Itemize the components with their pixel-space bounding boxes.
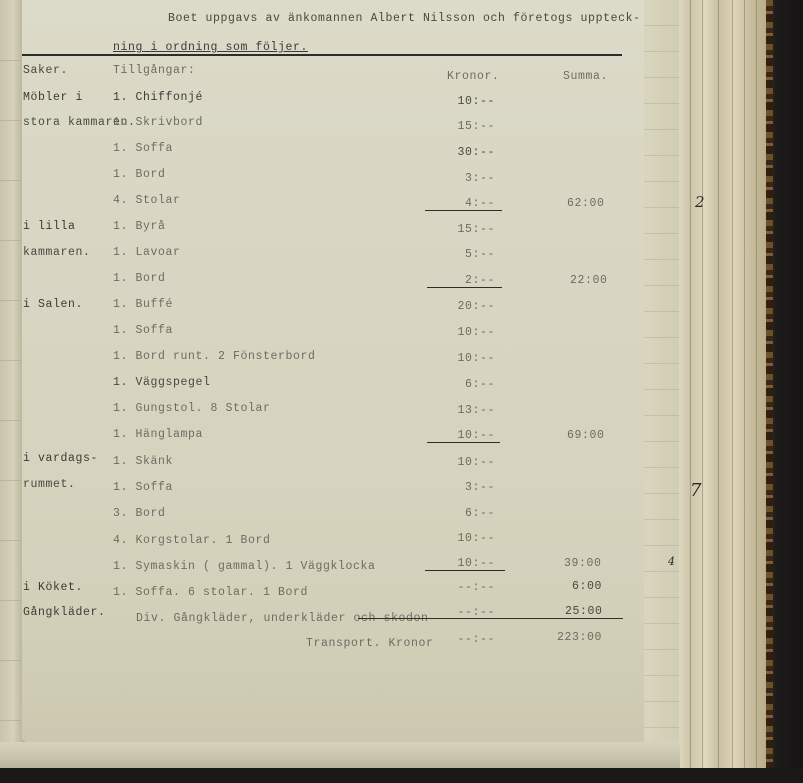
- transport-total: 223:00: [557, 631, 602, 645]
- item-text: 1. Chiffonjé: [113, 91, 203, 105]
- item-amount: 15:--: [420, 120, 495, 134]
- item-text: 1. Lavoar: [113, 246, 181, 260]
- transport-label: Transport. Kronor: [306, 637, 434, 651]
- header-rule: [22, 54, 622, 56]
- item-amount: 6:--: [420, 507, 495, 521]
- header-assets: Tillgångar:: [113, 64, 196, 78]
- section-subtotal: 22:00: [570, 274, 608, 288]
- item-amount: 10:--: [420, 532, 495, 546]
- item-text: 3. Bord: [113, 507, 166, 521]
- section-subtotal: 62:00: [567, 197, 605, 211]
- item-amount: 10:--: [420, 95, 495, 109]
- header-total: Summa.: [563, 70, 608, 84]
- item-amount: 10:--: [420, 429, 495, 443]
- item-text: 1. Skänk: [113, 455, 173, 469]
- item-amount: --:--: [420, 581, 495, 595]
- page-bottom-edge: [0, 742, 680, 768]
- item-amount: 6:--: [420, 378, 495, 392]
- item-text: 1. Bord: [113, 272, 166, 286]
- item-text: 4. Korgstolar. 1 Bord: [113, 534, 271, 548]
- desk-surface: [0, 768, 803, 783]
- transport-amount: --:--: [420, 633, 495, 647]
- section-label: i Salen.: [23, 298, 83, 312]
- item-text: 1. Bord runt. 2 Fönsterbord: [113, 350, 316, 364]
- item-amount: 10:--: [420, 326, 495, 340]
- margin-mark: 7: [690, 480, 701, 501]
- intro-line-1: Boet uppgavs av änkomannen Albert Nilsso…: [168, 12, 641, 26]
- section-label: i vardags-: [23, 452, 98, 466]
- margin-mark: 4: [668, 555, 675, 568]
- item-text: 1. Soffa: [113, 481, 173, 495]
- subtotal-rule: [425, 210, 502, 211]
- item-amount: 4:--: [420, 197, 495, 211]
- item-text: 1. Bord: [113, 168, 166, 182]
- book-binding: [762, 0, 803, 768]
- item-amount: 13:--: [420, 404, 495, 418]
- item-text: 1. Hänglampa: [113, 428, 203, 442]
- item-amount: 3:--: [420, 172, 495, 186]
- item-text: 1. Väggspegel: [113, 376, 211, 390]
- section-subtotal: 6:00: [572, 580, 602, 594]
- item-amount: 10:--: [420, 456, 495, 470]
- section-label: i lilla: [23, 220, 76, 234]
- section-label: Möbler i: [23, 91, 83, 105]
- item-amount: 5:--: [420, 248, 495, 262]
- document-page: [22, 0, 644, 742]
- subtotal-rule: [427, 442, 500, 443]
- margin-mark: 2: [695, 193, 705, 211]
- item-text: 1. Skrivbord: [113, 116, 203, 130]
- final-rule: [358, 618, 623, 619]
- item-text: Div. Gångkläder, underkläder och skodon: [136, 612, 429, 626]
- section-label: rummet.: [23, 478, 76, 492]
- item-text: 1. Soffa: [113, 142, 173, 156]
- subtotal-rule: [427, 287, 502, 288]
- section-subtotal: 69:00: [567, 429, 605, 443]
- section-label: kammaren.: [23, 246, 91, 260]
- item-text: 1. Gungstol. 8 Stolar: [113, 402, 271, 416]
- item-text: 1. Symaskin ( gammal). 1 Väggklocka: [113, 560, 376, 574]
- item-amount: 2:--: [420, 274, 495, 288]
- section-label: i Köket.: [23, 581, 83, 595]
- section-label: Gångkläder.: [23, 606, 106, 620]
- item-amount: 30:--: [420, 146, 495, 160]
- item-amount: 10:--: [420, 352, 495, 366]
- section-subtotal: 25:00: [565, 605, 603, 619]
- item-text: 4. Stolar: [113, 194, 181, 208]
- ledger-grid-margin: [642, 0, 679, 742]
- item-amount: 3:--: [420, 481, 495, 495]
- header-amount: Kronor.: [447, 70, 500, 84]
- item-amount: 10:--: [420, 557, 495, 571]
- item-text: 1. Soffa. 6 stolar. 1 Bord: [113, 586, 308, 600]
- subtotal-rule: [425, 570, 505, 571]
- item-text: 1. Byrå: [113, 220, 166, 234]
- header-category: Saker.: [23, 64, 68, 78]
- intro-line-2: ning i ordning som följer.: [113, 41, 308, 55]
- item-amount: 15:--: [420, 223, 495, 237]
- section-subtotal: 39:00: [564, 557, 602, 571]
- item-text: 1. Buffé: [113, 298, 173, 312]
- left-page-edge: [0, 0, 23, 748]
- item-text: 1. Soffa: [113, 324, 173, 338]
- item-amount: 20:--: [420, 300, 495, 314]
